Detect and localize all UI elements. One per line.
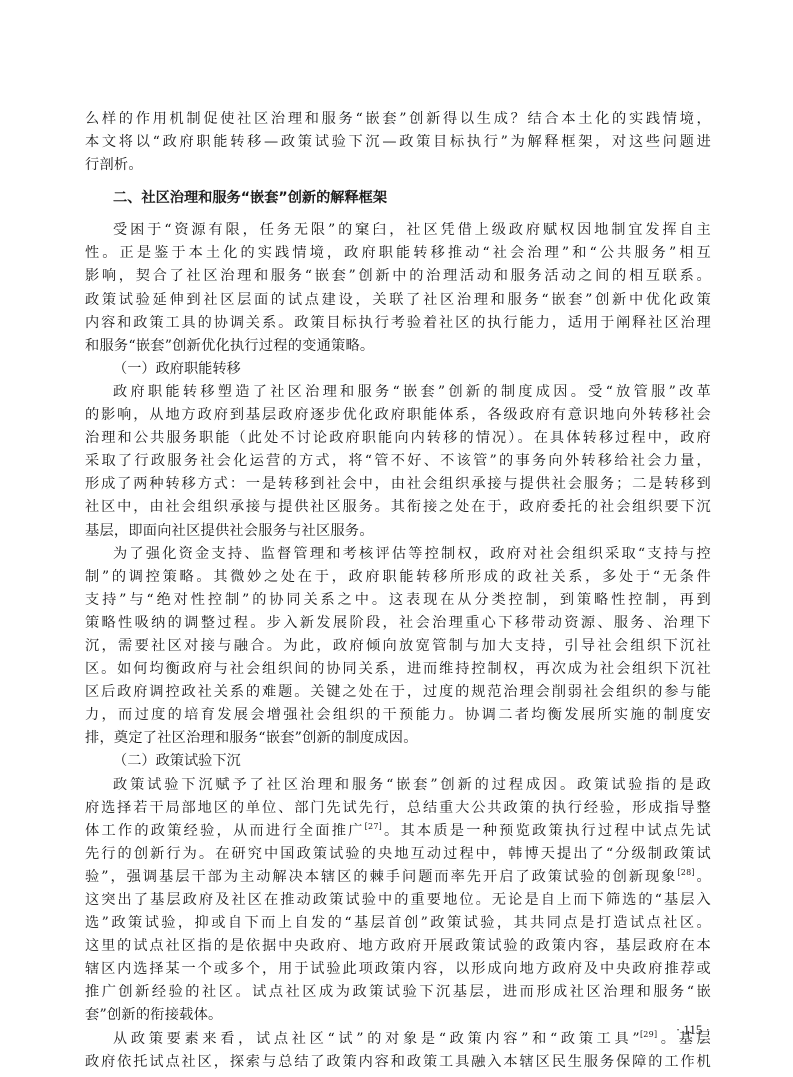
text-line: 性。正是鉴于本土化的实践情境，政府职能转移推动“社会治理”和“公共服务”相互 — [85, 242, 711, 265]
page-body: 么样的作用机制促使社区治理和服务“嵌套”创新得以生成？结合本土化的实践情境，本文… — [85, 108, 711, 1074]
text-line: 和服务“嵌套”创新优化执行过程的变通策略。 — [85, 335, 711, 358]
text-line: 么样的作用机制促使社区治理和服务“嵌套”创新得以生成？结合本土化的实践情境， — [85, 108, 711, 131]
page-number: · 115 · — [640, 1022, 710, 1038]
subsection-title-2: （二）政策试验下沉 — [85, 750, 711, 773]
section-paragraph: 受困于“资源有限，任务无限”的窠臼，社区凭借上级政府赋权因地制宜发挥自主性。正是… — [85, 219, 711, 358]
text-line: 力，而过度的培育发展会增强社会组织的干预能力。协调二者均衡发展所实施的制度安 — [85, 704, 711, 727]
text-line: 从政策要素来看，试点社区“试”的对象是“政策内容”和“政策工具”[29]。基层 — [85, 1028, 711, 1051]
subsection-1-paragraph-2: 为了强化资金支持、监督管理和考核评估等控制权，政府对社会组织采取“支持与控制”的… — [85, 543, 711, 751]
text-line: 行剖析。 — [85, 154, 711, 177]
text-line: 政府职能转移塑造了社区治理和服务“嵌套”创新的制度成因。受“放管服”改革 — [85, 381, 711, 404]
text-line: 验”，强调基层干部为主动解决本辖区的棘手问题而率先开启了政策试验的创新现象[28… — [85, 866, 711, 889]
text-line: 政策试验延伸到社区层面的试点建设，关联了社区治理和服务“嵌套”创新中优化政策 — [85, 289, 711, 312]
text-line: 策略性吸纳的调整过程。步入新发展阶段，社会治理重心下移带动资源、服务、治理下 — [85, 612, 711, 635]
citation-ref: [28] — [677, 868, 694, 877]
text-line: 采取了行政服务社会化运营的方式，将“管不好、不该管”的事务向外转移给社会力量， — [85, 450, 711, 473]
text-line: 受困于“资源有限，任务无限”的窠臼，社区凭借上级政府赋权因地制宜发挥自主 — [85, 219, 711, 242]
text-line: 形成了两种转移方式：一是转移到社会中，由社会组织承接与提供社会服务；二是转移到 — [85, 473, 711, 496]
text-line: 体工作的政策经验，从而进行全面推广[27]。其本质是一种预览政策执行过程中试点先… — [85, 820, 711, 843]
text-line: 这突出了基层政府及社区在推动政策试验中的重要地位。无论是自上而下筛选的“基层入 — [85, 889, 711, 912]
text-line: 政府依托试点社区，探索与总结了政策内容和政策工具融入本辖区民生服务保障的工作机 — [85, 1051, 711, 1074]
text-line: 的影响，从地方政府到基层政府逐步优化政府职能体系，各级政府有意识地向外转移社会 — [85, 404, 711, 427]
text-line: 套”创新的衔接载体。 — [85, 1004, 711, 1027]
text-line: 本文将以“政府职能转移—政策试验下沉—政策目标执行”为解释框架，对这些问题进 — [85, 131, 711, 154]
text-line: 基层，即面向社区提供社会服务与社区服务。 — [85, 520, 711, 543]
subsection-2-paragraph-1: 政策试验下沉赋予了社区治理和服务“嵌套”创新的过程成因。政策试验指的是政府选择若… — [85, 774, 711, 1028]
text-line: 支持”与“绝对性控制”的协同关系之中。这表现在从分类控制，到策略性控制，再到 — [85, 589, 711, 612]
text-line: 社区中，由社会组织承接与提供社区服务。其衔接之处在于，政府委托的社会组织要下沉 — [85, 496, 711, 519]
text-line: 辖区内选择某一个或多个，用于试验此项政策内容，以形成向地方政府及中央政府推荐或 — [85, 958, 711, 981]
text-line: 选”政策试验，抑或自下而上自发的“基层首创”政策试验，其共同点是打造试点社区。 — [85, 912, 711, 935]
text-line: 治理和公共服务职能（此处不讨论政府职能向内转移的情况）。在具体转移过程中，政府 — [85, 427, 711, 450]
text-line: 为了强化资金支持、监督管理和考核评估等控制权，政府对社会组织采取“支持与控 — [85, 543, 711, 566]
subsection-1-paragraph-1: 政府职能转移塑造了社区治理和服务“嵌套”创新的制度成因。受“放管服”改革的影响，… — [85, 381, 711, 543]
text-line: 这里的试点社区指的是依据中央政府、地方政府开展政策试验的政策内容，基层政府在本 — [85, 935, 711, 958]
text-line: 先行的创新行为。在研究中国政策试验的央地互动过程中，韩博天提出了“分级制政策试 — [85, 843, 711, 866]
text-line: 制”的调控策略。其微妙之处在于，政府职能转移所形成的政社关系，多处于“无条件 — [85, 566, 711, 589]
subsection-2-paragraph-2: 从政策要素来看，试点社区“试”的对象是“政策内容”和“政策工具”[29]。基层政… — [85, 1028, 711, 1074]
text-line: 府选择若干局部地区的单位、部门先试先行，总结重大公共政策的执行经验，形成指导整 — [85, 797, 711, 820]
section-heading: 二、社区治理和服务“嵌套”创新的解释框架 — [85, 187, 711, 210]
text-line: 沉，需要社区对接与融合。为此，政府倾向放宽管制与加大支持，引导社会组织下沉社 — [85, 635, 711, 658]
text-line: 区后政府调控政社关系的难题。关键之处在于，过度的规范治理会削弱社会组织的参与能 — [85, 681, 711, 704]
text-line: 排，奠定了社区治理和服务“嵌套”创新的制度成因。 — [85, 727, 711, 750]
text-line: 区。如何均衡政府与社会组织间的协同关系，进而维持控制权，再次成为社会组织下沉社 — [85, 658, 711, 681]
text-line: 影响，契合了社区治理和服务“嵌套”创新中的治理活动和服务活动之间的相互联系。 — [85, 265, 711, 288]
citation-ref: [27] — [365, 822, 382, 831]
subsection-title-1: （一）政府职能转移 — [85, 358, 711, 381]
intro-paragraph: 么样的作用机制促使社区治理和服务“嵌套”创新得以生成？结合本土化的实践情境，本文… — [85, 108, 711, 177]
text-line: 推广创新经验的社区。试点社区成为政策试验下沉基层，进而形成社区治理和服务“嵌 — [85, 981, 711, 1004]
text-line: 内容和政策工具的协调关系。政策目标执行考验着社区的执行能力，适用于阐释社区治理 — [85, 312, 711, 335]
text-line: 政策试验下沉赋予了社区治理和服务“嵌套”创新的过程成因。政策试验指的是政 — [85, 774, 711, 797]
